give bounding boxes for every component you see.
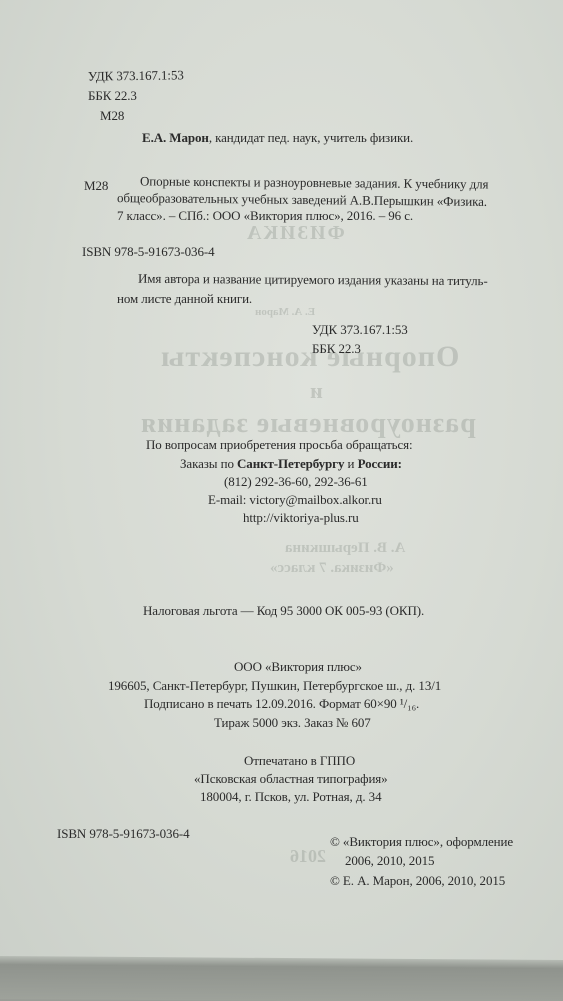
author-title: , кандидат пед. наук, учитель физики. (209, 130, 413, 145)
purchase-intro: По вопросам приобретения просьба обращат… (146, 437, 413, 453)
circulation: Тираж 5000 экз. Заказ № 607 (214, 715, 371, 731)
printer-line-1: Отпечатано в ГППО (244, 753, 355, 769)
author-mark-top: М28 (100, 108, 124, 124)
orders-and: и (344, 456, 357, 471)
orders-russia: России: (358, 456, 402, 471)
orders-line: Заказы по Санкт-Петербургу и России: (180, 456, 402, 472)
bbk-code-top: ББК 22.3 (88, 88, 137, 104)
email[interactable]: E-mail: victory@mailbox.alkor.ru (208, 492, 382, 508)
copyright-line-1: © «Виктория плюс», оформление (330, 834, 513, 850)
copyright-line-3: © Е. А. Марон, 2006, 2010, 2015 (330, 873, 505, 889)
bleed-through-heading1: Опорные конспекты (160, 340, 459, 374)
author-name: Е.А. Марон (142, 130, 209, 145)
page-bottom-edge (0, 956, 563, 1001)
bleed-through-subject: «Физика. 7 класс» (270, 560, 394, 577)
udk-code-top: УДК 373.167.1:53 (88, 67, 184, 84)
bbk-code-right: ББК 22.3 (312, 341, 361, 357)
bleed-through-textbook: А. В. Перышкина (285, 540, 405, 557)
printer-line-3: 180004, г. Псков, ул. Ротная, д. 34 (200, 789, 381, 805)
bleed-through-heading2: разноуровневые задания (140, 408, 476, 440)
description-line-3: 7 класс». – СПб.: ООО «Виктория плюс», 2… (117, 208, 413, 224)
publisher-name: ООО «Виктория плюс» (234, 659, 362, 675)
note-line-2: ном листе данной книги. (117, 291, 252, 307)
description-mark: М28 (84, 178, 108, 194)
note-line-1: Имя автора и название цитируемого издани… (138, 271, 488, 289)
website-link[interactable]: http://viktoriya-plus.ru (243, 510, 359, 526)
copyright-line-2: 2006, 2010, 2015 (345, 853, 434, 869)
bleed-through-title: ФИЗИКА (245, 222, 345, 245)
phones: (812) 292-36-60, 292-36-61 (224, 474, 368, 490)
orders-prefix: Заказы по (180, 456, 237, 471)
tax-benefit: Налоговая льгота — Код 95 3000 ОК 005-93… (143, 603, 424, 619)
isbn-top: ISBN 978-5-91673-036-4 (82, 244, 215, 260)
isbn-bottom: ISBN 978-5-91673-036-4 (57, 826, 190, 842)
bleed-through-year: 2016 (290, 846, 326, 867)
udk-code-right: УДК 373.167.1:53 (312, 322, 408, 338)
publisher-address: 196605, Санкт-Петербург, Пушкин, Петербу… (108, 678, 441, 694)
bleed-through-author: Е. А. Марон (255, 306, 315, 318)
author-line: Е.А. Марон, кандидат пед. наук, учитель … (142, 130, 413, 146)
printer-line-2: «Псковская областная типография» (194, 771, 388, 787)
bleed-through-and: и (310, 378, 323, 404)
description-line-1: Опорные конспекты и разноуровневые задан… (140, 173, 489, 192)
orders-spb: Санкт-Петербургу (237, 456, 344, 471)
signed-to-print: Подписано в печать 12.09.2016. Формат 60… (144, 696, 419, 712)
